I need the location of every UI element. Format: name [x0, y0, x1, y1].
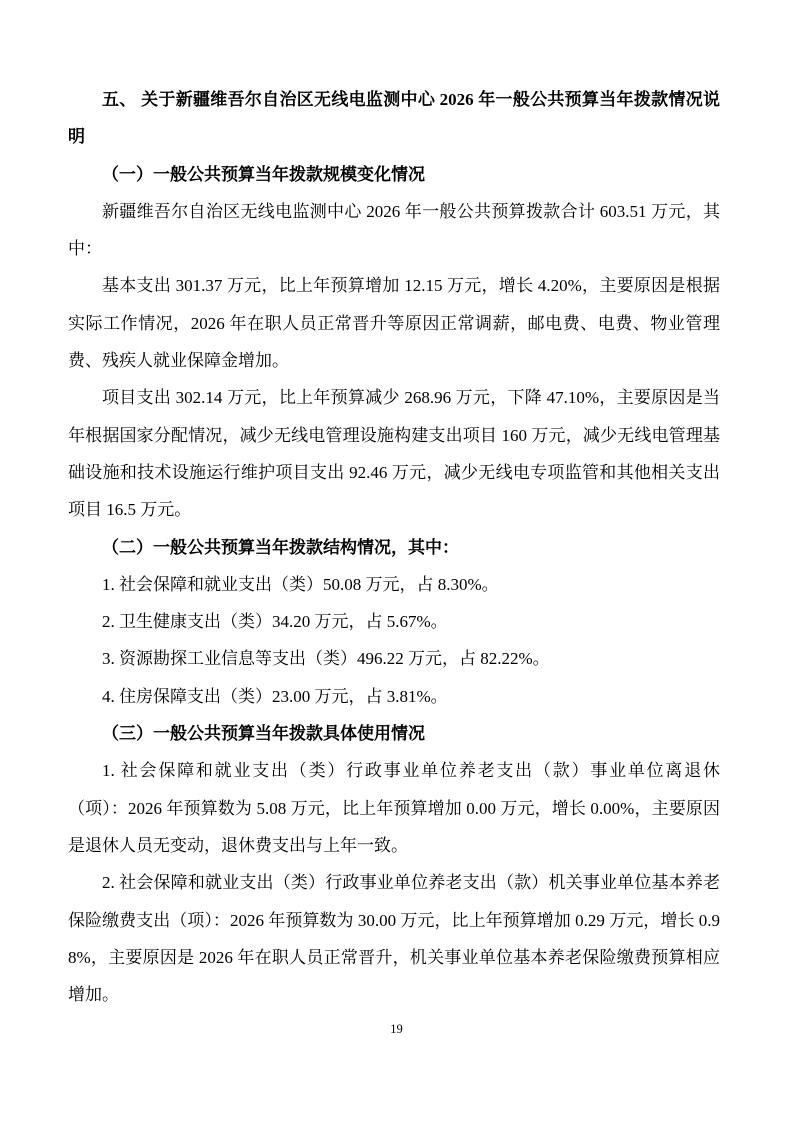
- para-detail-pension: 2. 社会保障和就业支出（类）行政事业单位养老支出（款）机关事业单位基本养老保险…: [68, 864, 720, 1013]
- para-total-allocation: 新疆维吾尔自治区无线电监测中心 2026 年一般公共预算拨款合计 603.51 …: [68, 193, 720, 268]
- item-housing: 4. 住房保障支出（类）23.00 万元，占 3.81%。: [68, 678, 720, 715]
- document-body: 五、 关于新疆维吾尔自治区无线电监测中心 2026 年一般公共预算当年拨款情况说…: [68, 81, 720, 1013]
- page-number: 19: [0, 1022, 793, 1037]
- item-health: 2. 卫生健康支出（类）34.20 万元，占 5.67%。: [68, 603, 720, 640]
- para-basic-expenditure: 基本支出 301.37 万元，比上年预算增加 12.15 万元，增长 4.20%…: [68, 267, 720, 379]
- para-project-expenditure: 项目支出 302.14 万元，比上年预算减少 268.96 万元，下降 47.1…: [68, 379, 720, 528]
- section-heading-one: （一）一般公共预算当年拨款规模变化情况: [68, 156, 720, 193]
- section-heading-two: （二）一般公共预算当年拨款结构情况，其中：: [68, 529, 720, 566]
- section-heading-three: （三）一般公共预算当年拨款具体使用情况: [68, 715, 720, 752]
- document-title: 五、 关于新疆维吾尔自治区无线电监测中心 2026 年一般公共预算当年拨款情况说…: [68, 81, 720, 156]
- item-social-security: 1. 社会保障和就业支出（类）50.08 万元，占 8.30%。: [68, 566, 720, 603]
- document-page: 五、 关于新疆维吾尔自治区无线电监测中心 2026 年一般公共预算当年拨款情况说…: [0, 0, 793, 1122]
- item-resource-exploration: 3. 资源勘探工业信息等支出（类）496.22 万元，占 82.22%。: [68, 640, 720, 677]
- para-detail-retirement: 1. 社会保障和就业支出（类）行政事业单位养老支出（款）事业单位离退休（项）：2…: [68, 752, 720, 864]
